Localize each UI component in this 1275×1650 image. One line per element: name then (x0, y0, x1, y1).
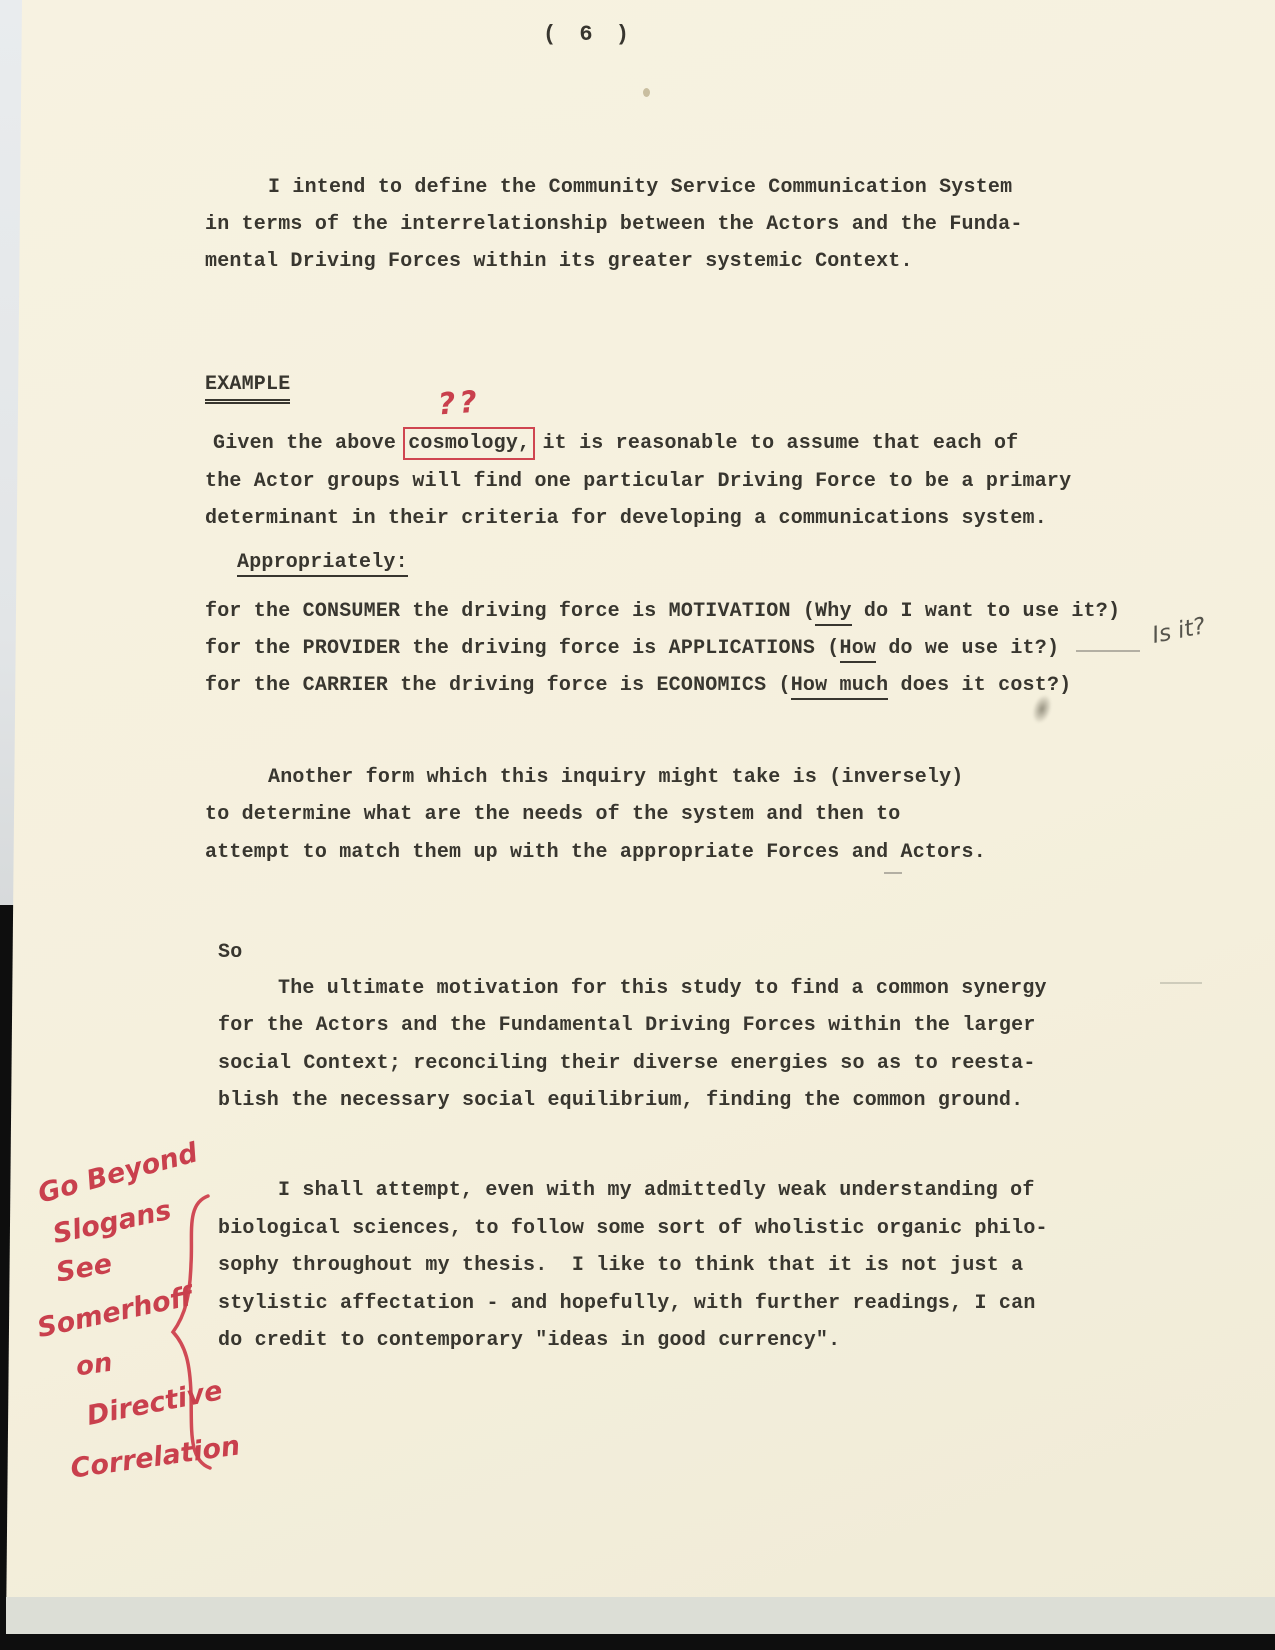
red-question-marks-annotation: ?? (437, 385, 482, 423)
another-line: attempt to match them up with the approp… (205, 841, 986, 864)
ultimate-line: The ultimate motivation for this study t… (278, 977, 1047, 1000)
closing-line: I shall attempt, even with my admittedly… (278, 1179, 1035, 1202)
intro-line: in terms of the interrelationship betwee… (205, 213, 1023, 236)
page-number: ( 6 ) (543, 22, 634, 47)
ultimate-line: blish the necessary social equilibrium, … (218, 1089, 1023, 1112)
appropriately-text: Appropriately: (237, 551, 408, 577)
carrier-pre: for the CARRIER the driving force is ECO… (205, 674, 791, 697)
pencil-mark (884, 872, 902, 874)
consumer-post: do I want to use it?) (852, 600, 1120, 623)
closing-line: sophy throughout my thesis. I like to th… (218, 1254, 1023, 1277)
given-line-3: determinant in their criteria for develo… (205, 507, 1047, 530)
provider-driving-force-line: for the PROVIDER the driving force is AP… (205, 637, 1059, 660)
given-line-post: it is reasonable to assume that each of (530, 432, 1018, 455)
provider-post: do we use it?) (876, 637, 1059, 660)
pencil-dash-line (1076, 650, 1140, 652)
carrier-driving-force-line: for the CARRIER the driving force is ECO… (205, 674, 1071, 697)
another-line: Another form which this inquiry might ta… (268, 766, 964, 789)
closing-line: biological sciences, to follow some sort… (218, 1217, 1048, 1240)
example-heading: EXAMPLE (205, 373, 290, 396)
provider-pre: for the PROVIDER the driving force is AP… (205, 637, 840, 660)
margin-note-word: on (74, 1348, 114, 1383)
ultimate-line: social Context; reconciling their divers… (218, 1052, 1036, 1075)
appropriately-subheading: Appropriately: (237, 551, 408, 574)
carrier-underlined-word: How much (791, 674, 889, 700)
scanned-document-page: ( 6 ) I intend to define the Community S… (0, 0, 1275, 1650)
given-line-1: Given the above cosmology, it is reasona… (213, 432, 1018, 455)
provider-underlined-word: How (840, 637, 877, 663)
cosmology-red-box: cosmology, (408, 432, 530, 455)
example-heading-text: EXAMPLE (205, 373, 290, 404)
paper-speck (643, 88, 650, 97)
closing-line: stylistic affectation - and hopefully, w… (218, 1292, 1036, 1315)
intro-line: mental Driving Forces within its greater… (205, 250, 913, 273)
closing-line: do credit to contemporary "ideas in good… (218, 1329, 840, 1352)
consumer-underlined-word: Why (815, 600, 852, 626)
consumer-pre: for the CONSUMER the driving force is MO… (205, 600, 815, 623)
given-line-2: the Actor groups will find one particula… (205, 470, 1071, 493)
intro-line: I intend to define the Community Service… (268, 176, 1012, 199)
ultimate-line: for the Actors and the Fundamental Drivi… (218, 1014, 1036, 1037)
consumer-driving-force-line: for the CONSUMER the driving force is MO… (205, 600, 1120, 623)
red-margin-brace (166, 1192, 216, 1472)
so-label: So (218, 941, 242, 964)
given-line-pre: Given the above (213, 432, 408, 455)
another-line: to determine what are the needs of the s… (205, 803, 901, 826)
paper-bottom-edge (6, 1597, 1275, 1634)
pencil-mark (1160, 982, 1202, 984)
